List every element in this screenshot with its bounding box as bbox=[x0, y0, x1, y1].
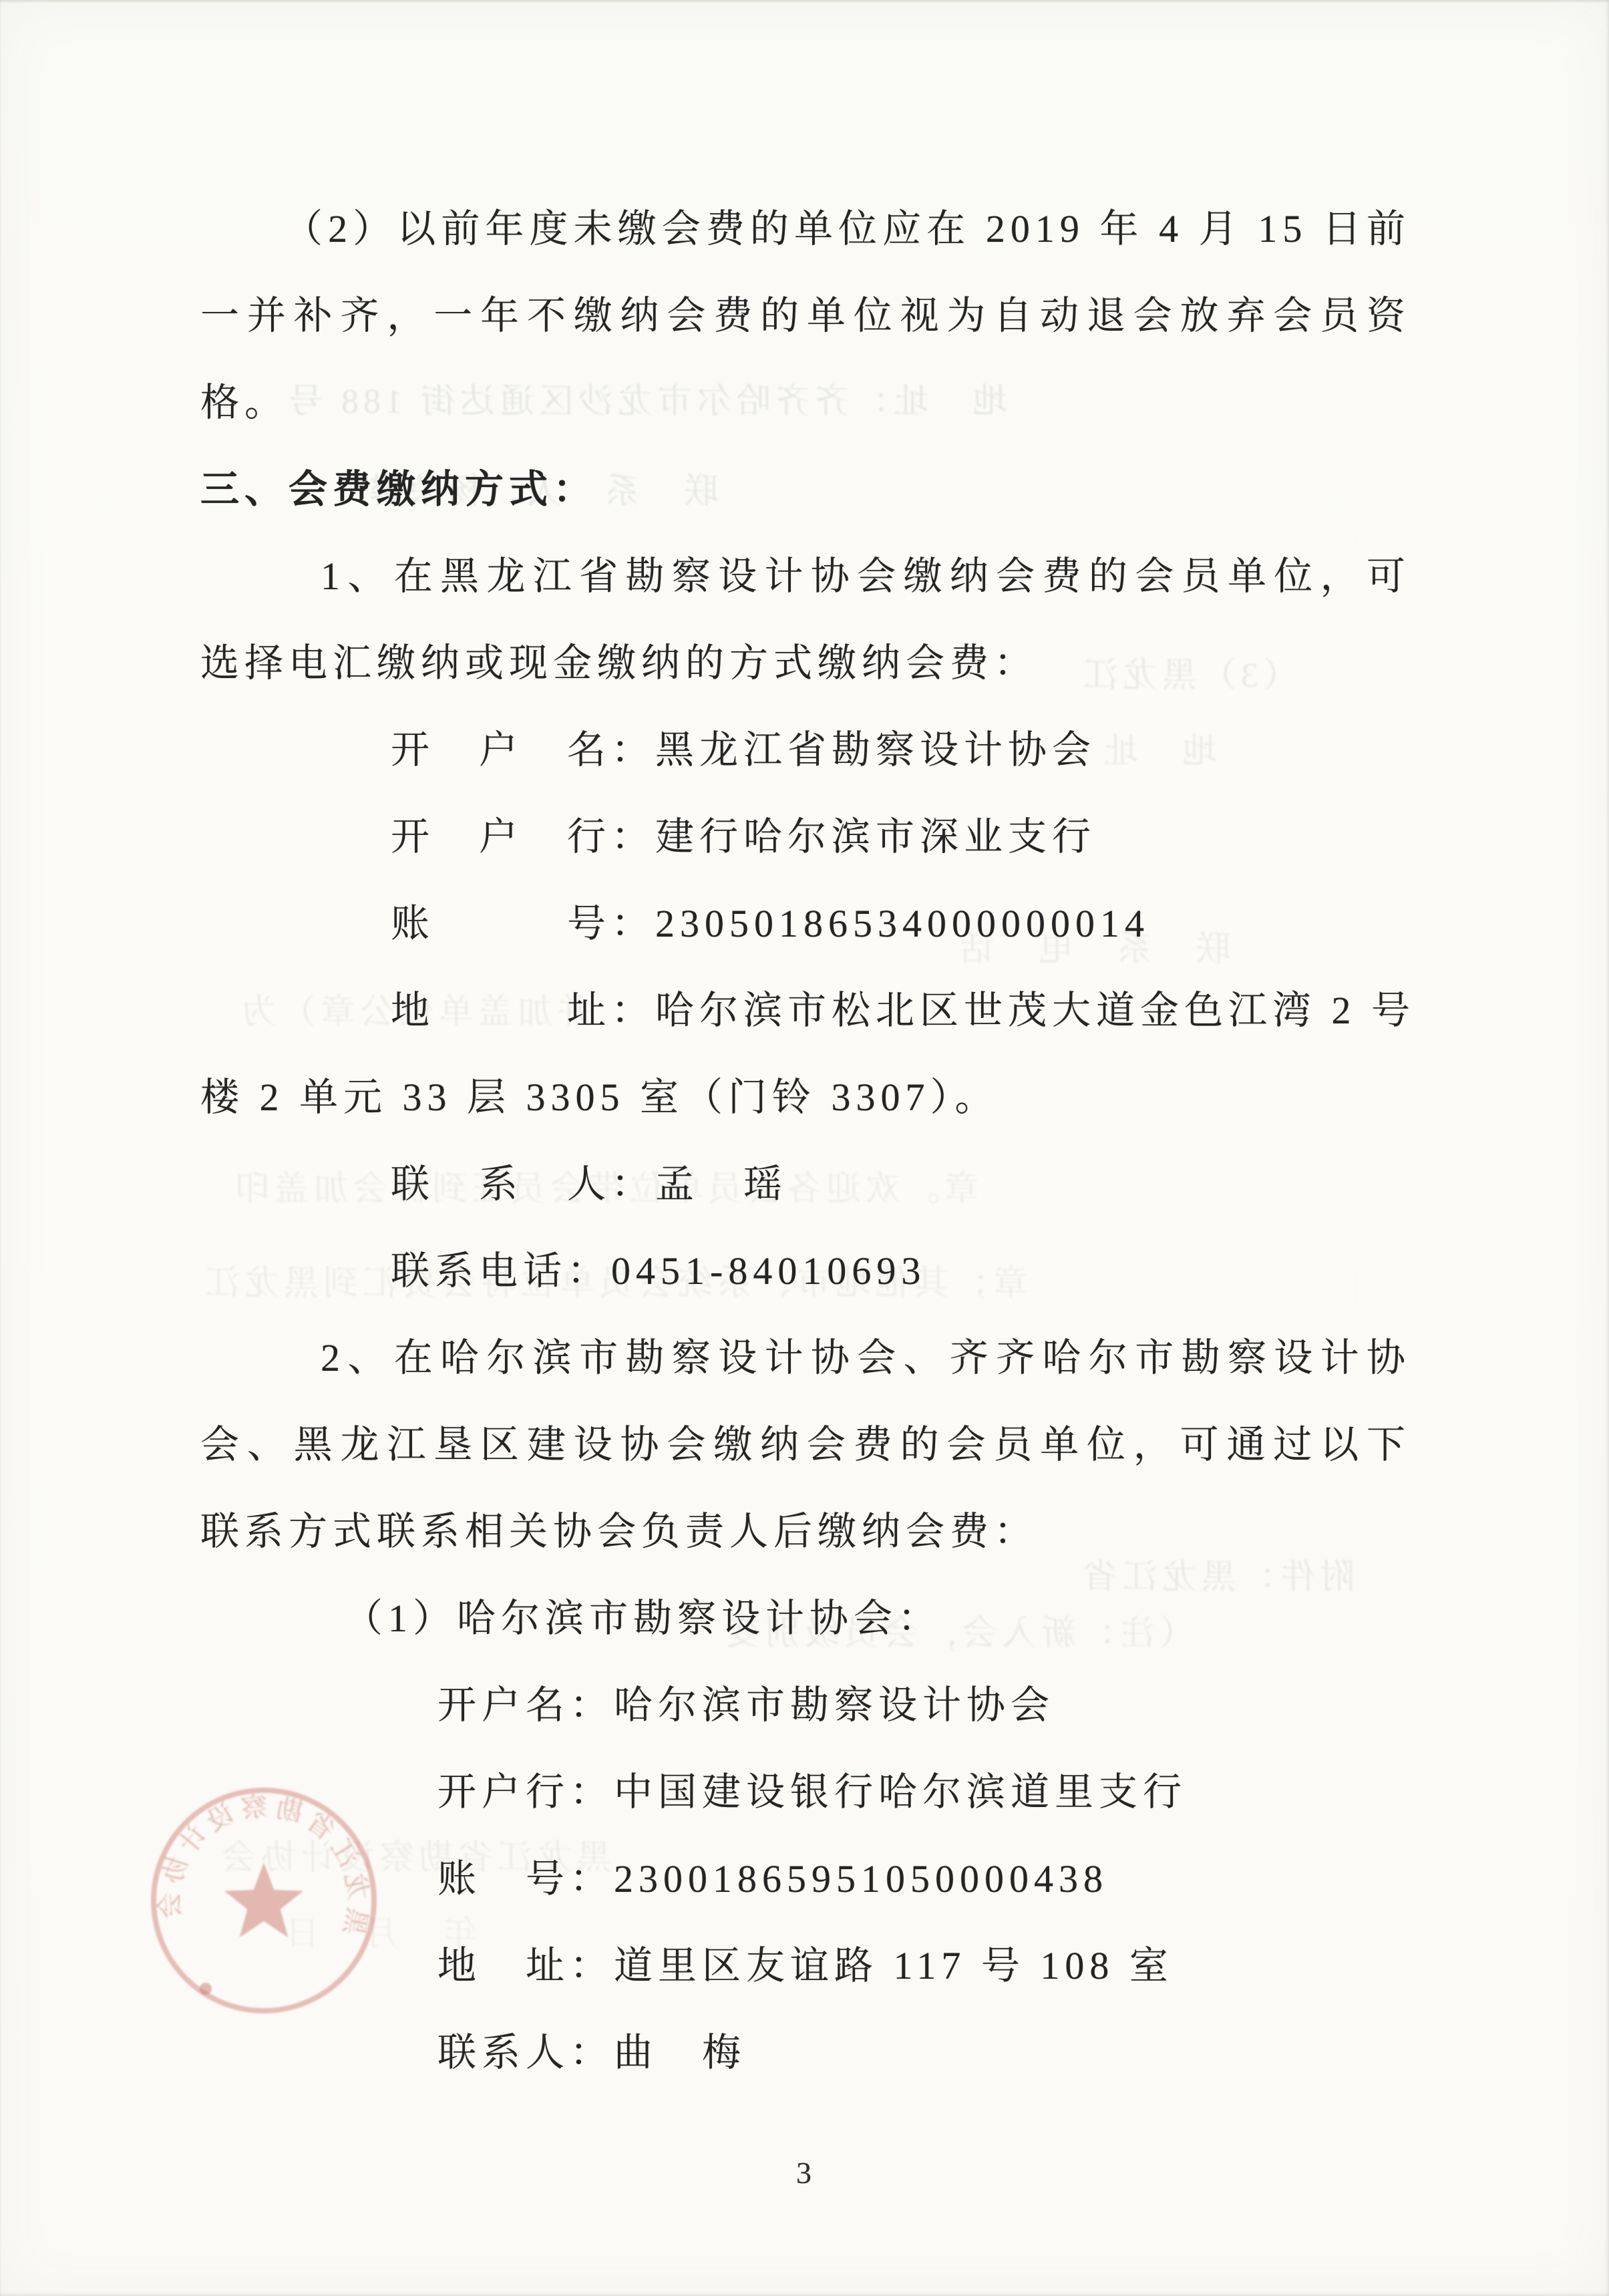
detail-account-name-harbin: 开户名：哈尔滨市勘察设计协会 bbox=[200, 1662, 1411, 1749]
detail-phone-provincial: 联系电话：0451-84010693 bbox=[200, 1228, 1411, 1315]
heading-section-3: 三、会费缴纳方式： bbox=[200, 446, 1411, 533]
detail-address-harbin: 地 址：道里区友谊路 117 号 108 室 bbox=[200, 1923, 1411, 2009]
document-page: 地 址：齐齐哈尔市龙沙区通达街 188 号联 系 人：杨荣馨（3）黑龙江地 址联… bbox=[0, 0, 1609, 2296]
para-item2-line3: 联系方式联系相关协会负责人后缴纳会费： bbox=[200, 1488, 1411, 1575]
para-overdue-fee-line2: 一并补齐，一年不缴纳会费的单位视为自动退会放弃会员资 bbox=[200, 273, 1411, 359]
detail-contact-provincial: 联 系 人：孟 瑶 bbox=[200, 1141, 1411, 1228]
detail-bank-provincial: 开 户 行：建行哈尔滨市深业支行 bbox=[200, 794, 1411, 880]
para-item1-line2: 选择电汇缴纳或现金缴纳的方式缴纳会费： bbox=[200, 620, 1411, 707]
subitem-1-harbin-title: （1）哈尔滨市勘察设计协会： bbox=[200, 1575, 1411, 1662]
para-item2-line1: 2、在哈尔滨市勘察设计协会、齐齐哈尔市勘察设计协 bbox=[200, 1315, 1411, 1402]
detail-bank-harbin: 开户行：中国建设银行哈尔滨道里支行 bbox=[200, 1749, 1411, 1836]
detail-account-name-provincial: 开 户 名：黑龙江省勘察设计协会 bbox=[200, 707, 1411, 794]
document-body: （2）以前年度未缴会费的单位应在 2019 年 4 月 15 日前一并补齐，一年… bbox=[200, 186, 1411, 2096]
detail-contact-harbin: 联系人：曲 梅 bbox=[200, 2009, 1411, 2096]
para-overdue-fee-line1: （2）以前年度未缴会费的单位应在 2019 年 4 月 15 日前 bbox=[200, 186, 1411, 273]
para-item1-line1: 1、在黑龙江省勘察设计协会缴纳会费的会员单位，可 bbox=[200, 533, 1411, 620]
para-overdue-fee-line3: 格。 bbox=[200, 359, 1411, 446]
detail-address-provincial-line2: 楼 2 单元 33 层 3305 室（门铃 3307）。 bbox=[200, 1054, 1411, 1141]
page-number: 3 bbox=[796, 2158, 812, 2188]
detail-account-number-provincial: 账 号：23050186534000000014 bbox=[200, 880, 1411, 967]
detail-account-number-harbin: 账 号：23001865951050000438 bbox=[200, 1836, 1411, 1923]
detail-address-provincial-line1: 地 址：哈尔滨市松北区世茂大道金色江湾 2 号 bbox=[200, 967, 1411, 1054]
para-item2-line2: 会、黑龙江垦区建设协会缴纳会费的会员单位，可通过以下 bbox=[200, 1402, 1411, 1488]
